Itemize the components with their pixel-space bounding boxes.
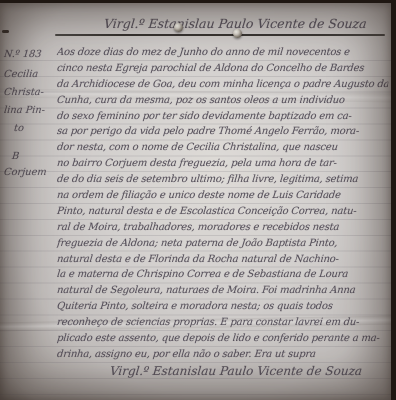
manuscript-line: ral de Moira, trabalhadores, moradores e… <box>56 220 389 236</box>
manuscript-photo: Virgl.º Estanislau Paulo Vicente de Souz… <box>0 0 396 400</box>
margin-name-line: lina Pin- <box>3 103 57 119</box>
manuscript-body: Aos doze dias do mez de Junho do anno de… <box>57 45 388 363</box>
paper-sheet: Virgl.º Estanislau Paulo Vicente de Souz… <box>0 3 391 400</box>
manuscript-line: na ordem de filiação e unico deste nome … <box>56 188 389 204</box>
manuscript-line: no bairro Corjuem desta freguezia, pela … <box>56 156 389 172</box>
manuscript-line: Pinto, natural desta e de Escolastica Co… <box>56 204 389 220</box>
paper-pin-icon <box>233 29 242 38</box>
paper-pin-icon <box>174 23 183 32</box>
manuscript-line: reconheço de sciencias proprias. E para … <box>56 315 389 331</box>
margin-ward-line: Corjuem <box>3 165 57 181</box>
manuscript-line: Cunha, cura da mesma, poz os santos oleo… <box>56 93 389 109</box>
manuscript-line: sa por perigo da vida pelo padre Thomé A… <box>56 124 389 140</box>
manuscript-line: plicado este assento, que depois de lido… <box>56 331 389 347</box>
manuscript-line: natural desta e de Florinda da Rocha nat… <box>56 252 389 268</box>
manuscript-line: natural de Segoleura, naturaes de Moira.… <box>56 283 389 299</box>
record-number: N.º 183 <box>3 47 57 63</box>
manuscript-line: de do dia seis de setembro ultimo; filha… <box>56 172 389 188</box>
horizontal-rule <box>55 34 385 36</box>
margin-name-line: Cecilia <box>3 67 57 83</box>
ink-speck <box>2 30 9 33</box>
margin-name-line: Christa- <box>3 85 57 101</box>
manuscript-line: da Archidiocese de Goa, deu com minha li… <box>56 77 389 93</box>
manuscript-line: Aos doze dias do mez de Junho do anno de… <box>56 45 389 61</box>
manuscript-line: freguezia de Aldona; neta paterna de Joã… <box>56 236 389 252</box>
header-signature: Virgl.º Estanislau Paulo Vicente de Souz… <box>103 13 391 35</box>
manuscript-line: Quiteria Pinto, solteira e moradora nest… <box>56 299 389 315</box>
manuscript-line: la e materna de Chrispino Correa e de Se… <box>56 267 389 283</box>
footer-signature: Virgl.º Estanislau Paulo Vicente de Souz… <box>109 361 393 381</box>
manuscript-line: dor nesta, com o nome de Cecilia Christa… <box>56 140 389 156</box>
manuscript-line: do sexo feminino por ter sido devidament… <box>56 109 389 125</box>
manuscript-line: cinco nesta Egreja parochial de Aldona d… <box>56 61 389 77</box>
